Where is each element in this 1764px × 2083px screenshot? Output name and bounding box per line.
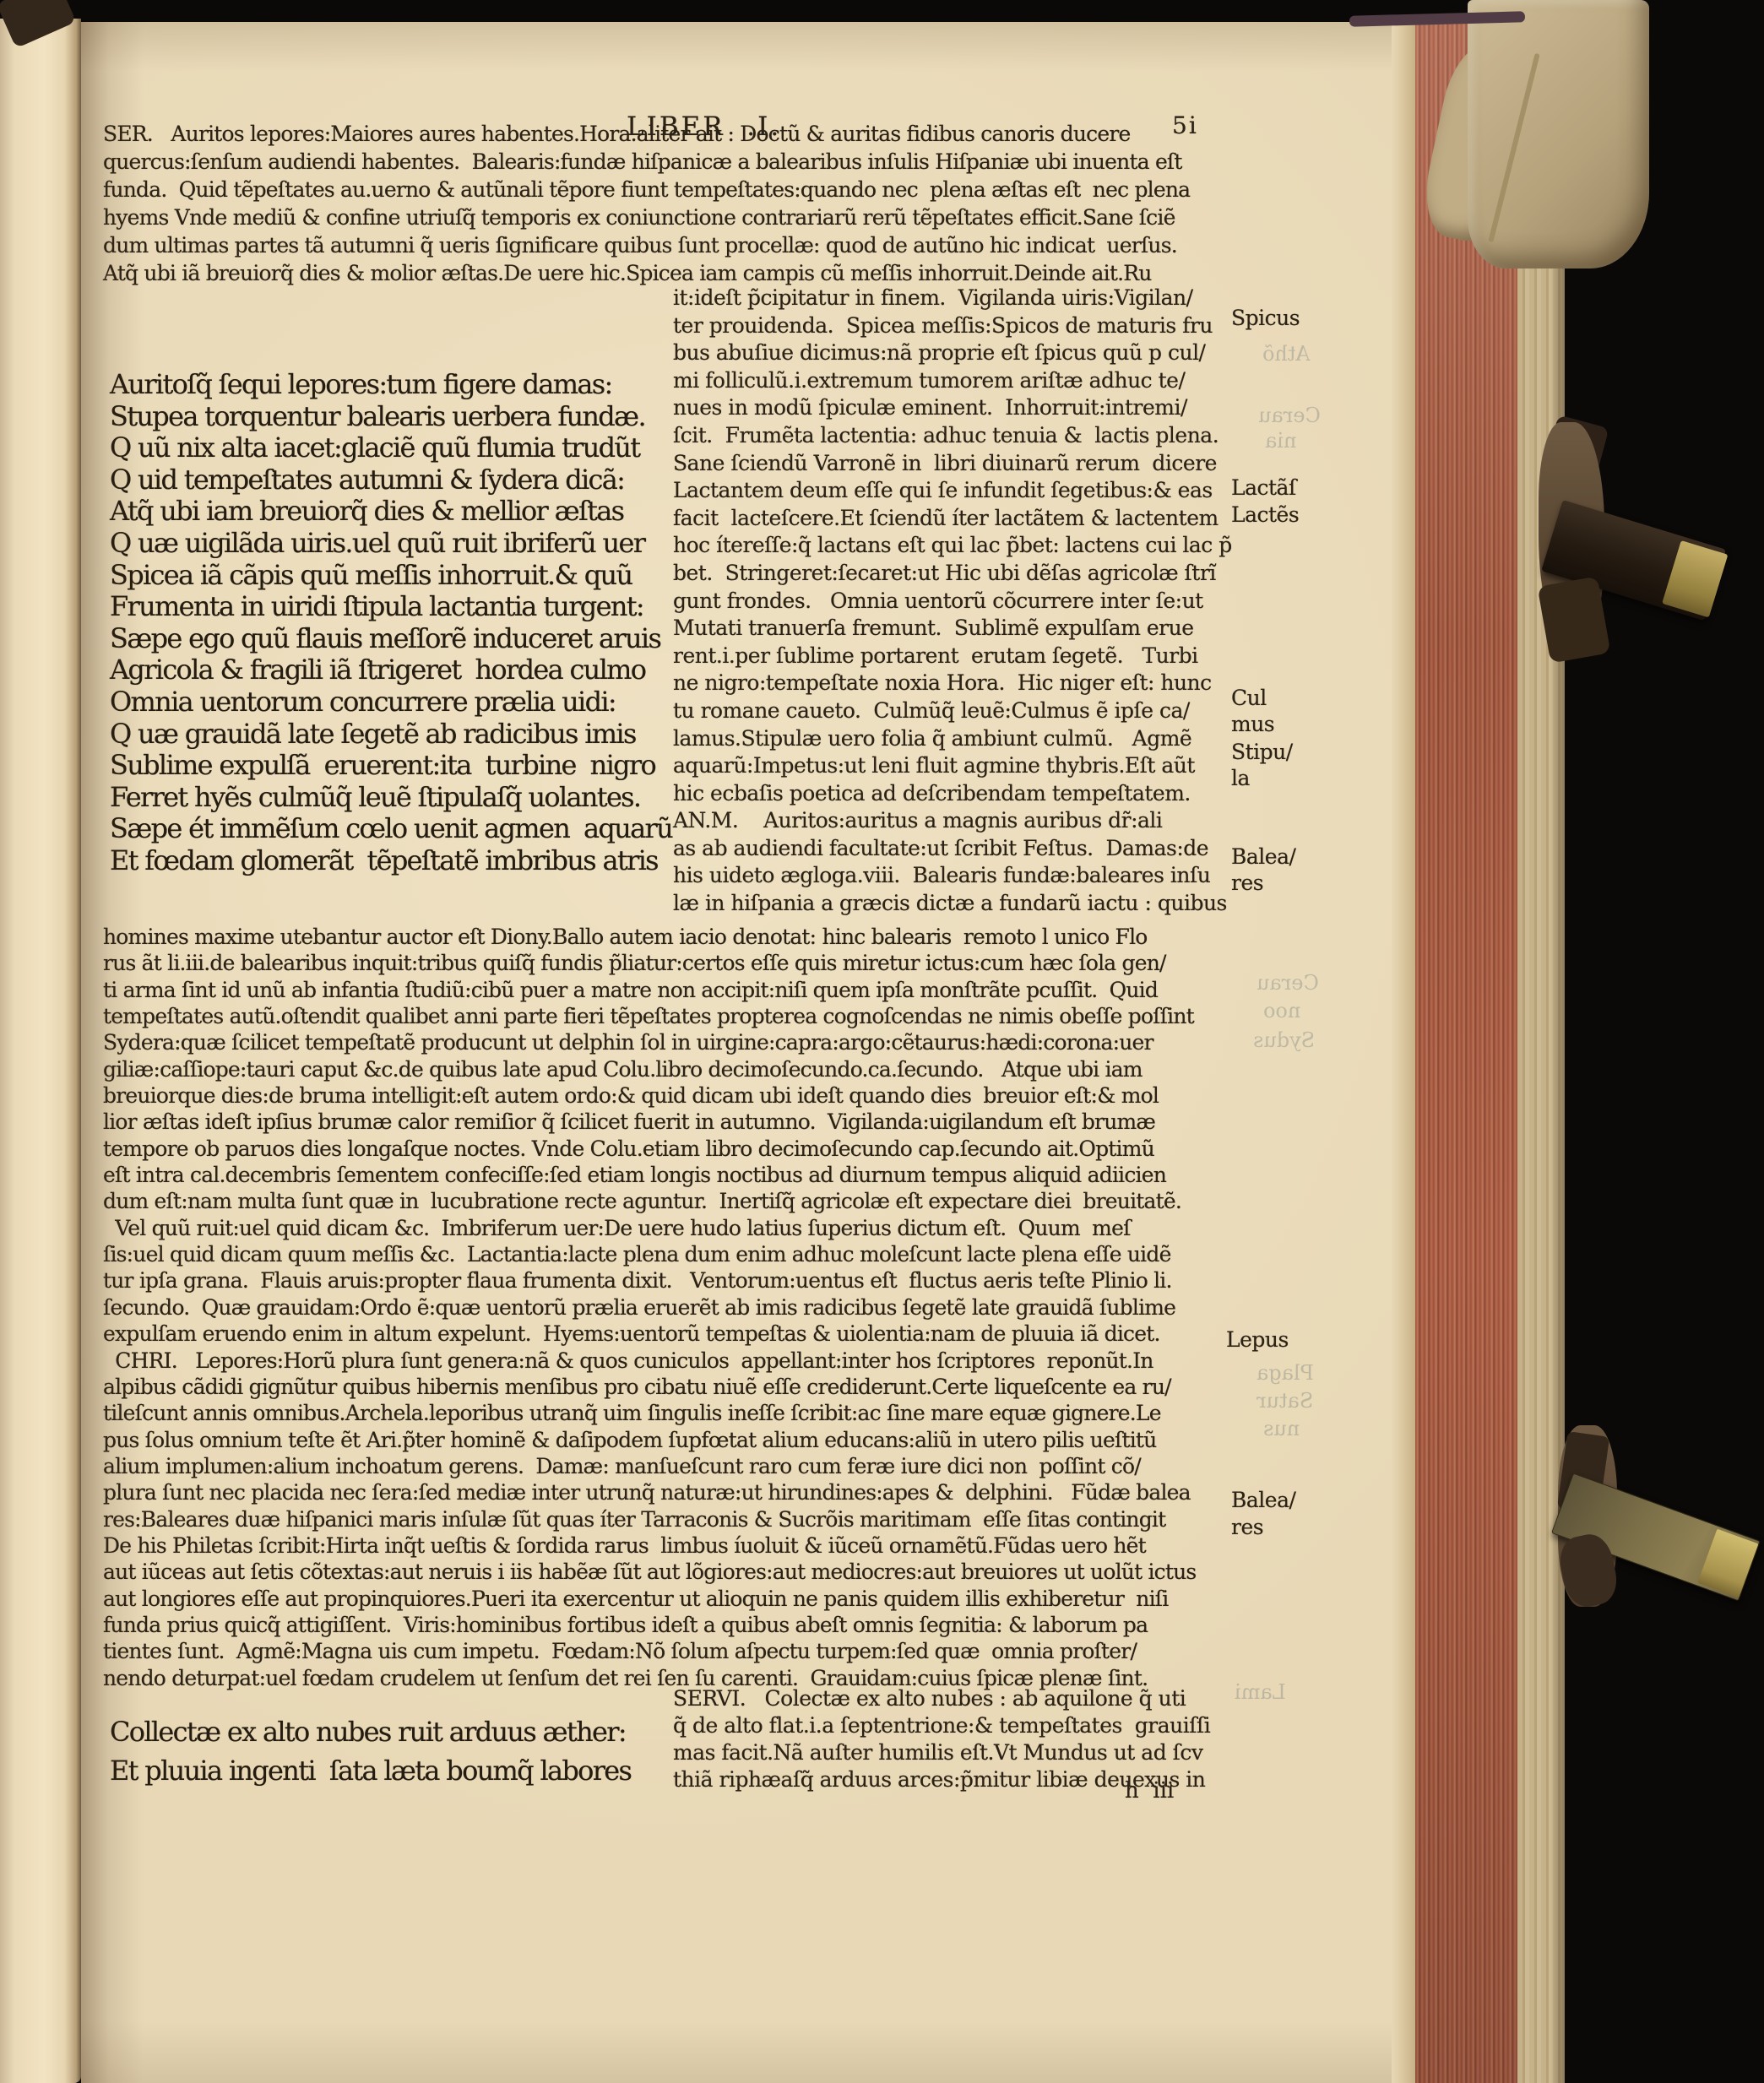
text-line: it:ideſt p̃cipitatur in finem. Vigilanda…: [673, 285, 1244, 312]
verse-line: Frumenta in uiridi ſtipula lactantia tur…: [110, 591, 672, 623]
text-line: ſecundo. Quæ grauidam:Ordo ẽ:quæ uentorũ…: [103, 1294, 1245, 1321]
text-line: ter prouidenda. Spicea meſſis:Spicos de …: [673, 312, 1244, 340]
show-through-text: Cerau: [1257, 971, 1319, 995]
text-line: hic ecbaſis poetica ad deſcribendam temp…: [673, 780, 1244, 808]
show-through-text: Lami: [1235, 1680, 1286, 1704]
show-through-text: noo: [1263, 999, 1300, 1023]
red-stained-fore-edge: [1415, 20, 1517, 2083]
margin-note: Balea/: [1231, 1488, 1295, 1512]
margin-note: res: [1231, 1515, 1263, 1539]
text-line: Vel quũ ruit:uel quid dicam &c. Imbrifer…: [103, 1215, 1245, 1241]
verse-column: Auritoſq̃ ſequi lepores:tum figere damas…: [110, 369, 672, 877]
text-line: eſt intra cal.decembris ſementem confeci…: [103, 1162, 1245, 1188]
text-line: tempore ob paruos dies longaſque noctes.…: [103, 1136, 1245, 1162]
margin-note: Lactẽs: [1231, 502, 1299, 527]
verse-line: Sæpe ego quũ flauis meſſorẽ induceret ar…: [110, 623, 672, 655]
text-line: gunt frondes. Omnia uentorũ cõcurrere in…: [673, 588, 1244, 616]
servius-commentary-block: SERVI. Colectæ ex alto nubes : ab aquilo…: [673, 1685, 1210, 1793]
text-line: lior æſtas ideſt ipſius brumæ calor remi…: [103, 1109, 1245, 1135]
text-line: q̃ de alto flat.i.a ſeptentrione:& tempe…: [673, 1712, 1210, 1739]
verse-line: Q uæ grauidã late ſegetẽ ab radicibus im…: [110, 719, 672, 751]
quire-signature: h iii: [1125, 1778, 1174, 1804]
margin-note: Cul: [1231, 686, 1267, 710]
text-line: Sydera:quæ ſcilicet tempeſtatẽ producunt…: [103, 1029, 1245, 1055]
show-through-text: Satur: [1257, 1389, 1313, 1413]
text-line: aquarũ:Impetus:ut leni fluit agmine thyb…: [673, 752, 1244, 780]
text-line: De his Philetas ſcribit:Hirta inq̃t ueſt…: [103, 1532, 1245, 1559]
commentary-intro-block: SER. Auritos lepores:Maiores aures haben…: [103, 120, 1245, 287]
text-line: breuiorque dies:de bruma intelligit:eſt …: [103, 1082, 1245, 1109]
show-through-text: Plaga: [1257, 1361, 1314, 1385]
text-line: ſcit. Frumẽta lactentia: adhuc tenuia & …: [673, 422, 1244, 450]
commentary-full-width-block: homines maxime utebantur auctor eſt Dion…: [103, 924, 1245, 1691]
text-line: alium implumen:alium inchoatum gerens. D…: [103, 1453, 1245, 1479]
text-line: bet. Stringeret:ſecaret:ut Hic ubi dẽſas…: [673, 560, 1244, 588]
verse-line: Agricola & fragili iã ſtrigeret hordea c…: [110, 654, 672, 686]
verse-line: Q uũ nix alta iacet:glaciẽ quũ flumia tr…: [110, 432, 672, 464]
text-line: nues in modũ ſpiculæ eminent. Inhorruit:…: [673, 394, 1244, 422]
verse-line: Stupea torquentur balearis uerbera fundæ…: [110, 401, 672, 433]
verse-line: Atq̃ ubi iam breuiorq̃ dies & mellior æſ…: [110, 496, 672, 528]
show-through-text: Cerau: [1258, 404, 1321, 427]
text-line: ti arma ſint id unũ ab infantia ſtudiũ:c…: [103, 977, 1245, 1003]
verse-line: Et pluuia ingenti ſata læta boumq̃ labor…: [110, 1751, 631, 1790]
text-line: giliæ:caſſiope:tauri caput &c.de quibus …: [103, 1056, 1245, 1082]
margin-note: Balea/: [1231, 844, 1295, 869]
text-line: rus ãt li.iii.de balearibus inquit:tribu…: [103, 950, 1245, 976]
show-through-text: nia: [1265, 429, 1296, 453]
margin-note: res: [1231, 871, 1263, 895]
margin-note: mus: [1231, 712, 1274, 736]
verse-line: Sæpe ét immẽſum cœlo uenit agmen aquarũ: [110, 813, 672, 845]
text-line: alpibus cãdidi gignũtur quibus hibernis …: [103, 1374, 1245, 1400]
text-line: bus abuſiue dicimus:nã proprie eſt ſpicu…: [673, 339, 1244, 367]
text-line: Lactantem deum eſſe qui ſe infundit ſege…: [673, 477, 1244, 505]
text-line: Mutati tranuerſa fremunt. Sublimẽ expulſ…: [673, 615, 1244, 643]
text-line: ſis:uel quid dicam quum meſſis &c. Lacta…: [103, 1241, 1245, 1267]
upper-clasp-brass-tip: [1662, 540, 1728, 618]
text-line: dum ultimas partes tã autumni q̃ ueris ſ…: [103, 231, 1245, 259]
text-line: SER. Auritos lepores:Maiores aures haben…: [103, 120, 1245, 148]
text-line: tur ipſa grana. Flauis aruis:propter fla…: [103, 1267, 1245, 1294]
commentary-right-column: it:ideſt p̃cipitatur in finem. Vigilanda…: [673, 285, 1244, 918]
text-line: tileſcunt annis omnibus.Archela.leporibu…: [103, 1400, 1245, 1426]
text-line: tempeſtates autũ.oſtendit qualibet anni …: [103, 1003, 1245, 1029]
verse-line: Q uid tempeſtates autumni & ſydera dicã:: [110, 464, 672, 496]
text-line: homines maxime utebantur auctor eſt Dion…: [103, 924, 1245, 950]
text-line: mi folliculũ.i.extremum tumorem ariſtæ a…: [673, 367, 1244, 395]
text-line: lamus.Stipulæ uero folia q̃ ambiunt culm…: [673, 725, 1244, 753]
text-line: his uideto ægloga.viii. Balearis fundæ:b…: [673, 862, 1244, 890]
verse-line: Ferret hyẽs culmũq̃ leuẽ ſtipulaſq̃ uola…: [110, 782, 672, 814]
text-line: pus ſolus omnium teſte ẽt Ari.p̃ter homi…: [103, 1427, 1245, 1453]
text-line: aut iũceas aut ſetis cõtextas:aut neruis…: [103, 1559, 1245, 1585]
text-line: SERVI. Colectæ ex alto nubes : ab aquilo…: [673, 1685, 1210, 1712]
text-line: tientes ſunt. Agmẽ:Magna uis cum impetu.…: [103, 1638, 1245, 1664]
text-line: funda. Quid tẽpeſtates au.uerno & autũna…: [103, 176, 1245, 203]
text-line: hoc ítereſſe:q̃ lactans eſt qui lac p̃be…: [673, 532, 1244, 560]
margin-note: Lepus: [1226, 1327, 1289, 1352]
text-line: Sane ſciendũ Varronẽ in libri diuinarũ r…: [673, 450, 1244, 478]
verse-line: Et fœdam glomerãt tẽpeſtatẽ imbribus atr…: [110, 845, 672, 877]
facing-page-edge: [0, 19, 81, 2083]
text-line: Atq̃ ubi iã breuiorq̃ dies & molior æſta…: [103, 259, 1245, 287]
margin-note: Lactãſ: [1231, 475, 1296, 500]
text-line: res:Baleares duæ hiſpanici maris inſulæ …: [103, 1506, 1245, 1532]
text-line: facit lacteſcere.Et ſciendũ íter lactãte…: [673, 505, 1244, 533]
text-line: ne nigro:tempeſtate noxia Hora. Hic nige…: [673, 670, 1244, 697]
text-line: CHRI. Lepores:Horũ plura ſunt genera:nã …: [103, 1348, 1245, 1374]
text-line: dum eſt:nam multa ſunt quæ in lucubratio…: [103, 1188, 1245, 1214]
verse-line: Sublime expulſã eruerent:ita turbine nig…: [110, 750, 672, 782]
show-through-text: nus: [1263, 1417, 1300, 1440]
margin-note: la: [1231, 766, 1250, 790]
text-line: AN.M. Auritos:auritus a magnis auribus d…: [673, 807, 1244, 835]
verse-line: Auritoſq̃ ſequi lepores:tum figere damas…: [110, 369, 672, 401]
book-photograph: LIBER .I. 5i SER. Auritos lepores:Maiore…: [0, 0, 1764, 2083]
page-block-inner-edge: [1392, 22, 1417, 2083]
text-line: quercus:ſenſum audiendi habentes. Balear…: [103, 148, 1245, 176]
margin-note: Spicus: [1231, 306, 1300, 330]
text-line: aut longiores eſſe aut propinquiores.Pue…: [103, 1586, 1245, 1612]
book-page: LIBER .I. 5i SER. Auritos lepores:Maiore…: [81, 22, 1412, 2083]
text-line: læ in hiſpania a græcis dictæ a fundarũ …: [673, 890, 1244, 918]
verse-line: Omnia uentorum concurrere prælia uidi:: [110, 686, 672, 719]
verse-line: Spicea iã cãpis quũ meſſis inhorruit.& q…: [110, 560, 672, 592]
text-line: hyems Vnde mediũ & confine utriuſq̃ temp…: [103, 203, 1245, 231]
text-line: funda prius quicq̃ attigiſſent. Viris:ho…: [103, 1612, 1245, 1638]
text-line: as ab audiendi facultate:ut ſcribit Feſt…: [673, 835, 1244, 863]
text-line: mas facit.Nã auſter humilis eſt.Vt Mundu…: [673, 1739, 1210, 1766]
text-line: rent.i.per ſublime portarent erutam ſege…: [673, 643, 1244, 670]
show-through-text: Athõ: [1262, 342, 1310, 366]
show-through-text: Sydus: [1253, 1028, 1315, 1052]
verse-line: Q uæ uigilãda uiris.uel quũ ruit ibrifer…: [110, 528, 672, 560]
text-line: plura ſunt nec placida nec ſera:ſed medi…: [103, 1479, 1245, 1505]
bottom-verse-column: Collectæ ex alto nubes ruit arduus æther…: [110, 1712, 631, 1790]
lower-clasp-brass-tip: [1697, 1529, 1758, 1598]
margin-note: Stipu/: [1231, 740, 1293, 764]
parchment-cover-edge: [1517, 34, 1565, 2083]
text-line: expulſam eruendo enim in altum expelunt.…: [103, 1321, 1245, 1347]
text-line: tu romane caueto. Culmũq̃ leuẽ:Culmus ẽ …: [673, 697, 1244, 725]
verse-line: Collectæ ex alto nubes ruit arduus æther…: [110, 1712, 631, 1751]
